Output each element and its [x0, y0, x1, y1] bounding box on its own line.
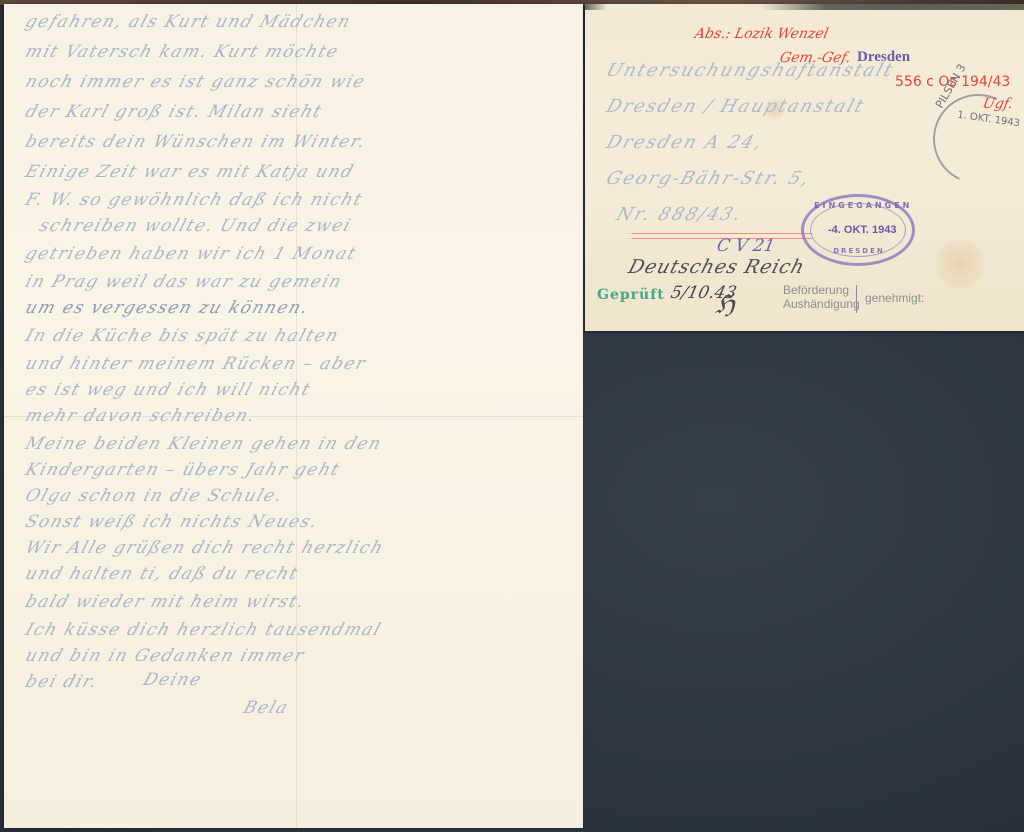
address-line: Dresden A 24,: [604, 132, 767, 153]
letter-sheet: gefahren, als Kurt und Mädchen mit Vater…: [4, 4, 583, 828]
letter-line: Wir Alle grüßen dich recht herzlich: [23, 538, 387, 558]
address-line: Georg-Bähr-Str. 5,: [604, 168, 814, 189]
oval-stamp-top: EINGEGANGEN: [814, 201, 904, 210]
letter-line: gefahren, als Kurt und Mädchen: [23, 12, 354, 32]
address-line: Untersuchungshaftanstalt: [604, 60, 897, 81]
sender-annotation: Abs.: Lozik Wenzel: [693, 26, 829, 42]
letter-line: Meine beiden Kleinen gehen in den: [23, 434, 385, 454]
pink-strike-line: [632, 233, 812, 234]
letter-line: mehr davon schreiben.: [23, 406, 259, 426]
stamp-genehmigt: genehmigt:: [865, 291, 924, 305]
letter-line: In die Küche bis spät zu halten: [23, 326, 342, 346]
letter-line: getrieben haben wir ich 1 Monat: [23, 244, 360, 264]
letter-line: und bin in Gedanken immer: [23, 646, 308, 666]
stamp-bracket: [853, 285, 857, 313]
letter-line: Olga schon in die Schule.: [23, 486, 286, 506]
stamp-aushaendigung: Aushändigung: [783, 297, 860, 311]
letter-line: bei dir.: [23, 672, 101, 692]
letter-line: und halten ti, daß du recht: [23, 564, 302, 584]
address-line: Dresden / Hauptanstalt: [604, 96, 868, 117]
letter-line: in Prag weil das war zu gemein: [23, 272, 345, 292]
letter-line: schreiben wollte. Und die zwei: [37, 216, 354, 236]
stamp-befoerderung: Beförderung: [783, 283, 849, 297]
letter-line: der Karl groß ist. Milan sieht: [23, 102, 325, 122]
letter-line: Kindergarten – übers Jahr geht: [23, 460, 343, 480]
address-line: Nr. 888/43.: [614, 204, 746, 225]
blue-reference: C V 21: [715, 236, 776, 256]
received-oval-stamp: EINGEGANGEN -4. OKT. 1943 DRESDEN: [801, 194, 915, 266]
letter-line: F. W. so gewöhnlich daß ich nicht: [23, 190, 366, 210]
letter-line: bald wieder mit heim wirst.: [23, 592, 308, 612]
letter-line: Einige Zeit war es mit Katja und: [23, 162, 357, 182]
letter-line: bereits dein Wünschen im Winter.: [23, 132, 369, 152]
envelope: Abs.: Lozik Wenzel Gem.-Gef. Dresden 556…: [585, 4, 1024, 331]
letter-line: noch immer es ist ganz schön wie: [23, 72, 369, 92]
letter-line: es ist weg und ich will nicht: [23, 380, 314, 400]
letter-line: um es vergessen zu können.: [23, 298, 312, 318]
oval-stamp-date: -4. OKT. 1943: [828, 224, 896, 236]
letter-closing: Deine: [141, 670, 205, 690]
letter-signature: Bela: [241, 698, 292, 718]
geprueft-stamp: Geprüft: [597, 287, 665, 303]
oval-stamp-bottom: DRESDEN: [824, 247, 894, 255]
paper-stain: [935, 239, 985, 289]
letter-line: Ich küsse dich herzlich tausendmal: [23, 620, 385, 640]
country-note: Deutsches Reich: [626, 256, 808, 278]
letter-line: und hinter meinem Rücken – aber: [23, 354, 369, 374]
envelope-torn-edge: [585, 4, 1024, 10]
letter-line: mit Vatersch kam. Kurt möchte: [23, 42, 342, 62]
letter-line: Sonst weiß ich nichts Neues.: [23, 512, 321, 532]
censor-signature-mark: ℌ: [715, 290, 735, 320]
